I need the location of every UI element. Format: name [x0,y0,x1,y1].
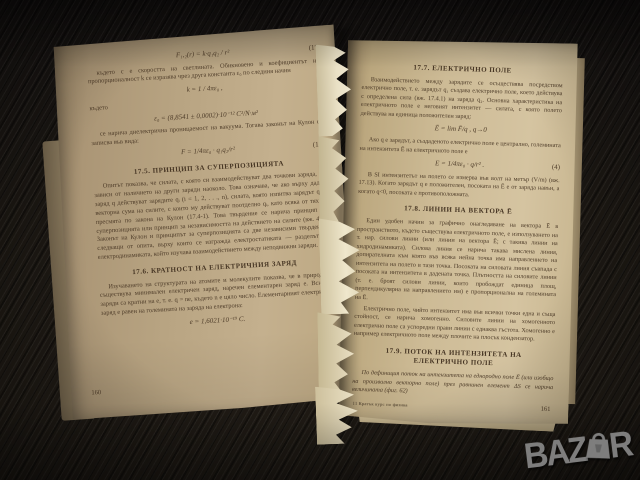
paragraph: Един удобен начин за графично онагледява… [355,217,559,309]
left-page-text: F₁,₂(r) = k·q₁q₂ / r² (1′) където c е ск… [87,43,334,332]
formula: F₁,₂(r) = k·q₁q₂ / r² [176,48,230,59]
section-heading-17-9: 17.9. ПОТОК НА ИНТЕНЗИТЕТА НА ЕЛЕКТРИЧНО… [357,346,551,371]
paragraph: Електрично поле, чийто интензитет има въ… [354,304,556,344]
paragraph: В SI интензитетът на полето се измерва в… [358,171,560,203]
formula: E = 1/4πε₀ · q/r² . [435,159,484,169]
page-number-right: 161 [541,406,551,413]
paragraph: По дефиниция поток на интензитета на едн… [352,369,554,401]
page-number-left: 160 [91,389,101,397]
section-heading-17-7: 17.7. ЕЛЕКТРИЧНО ПОЛЕ [366,62,559,78]
right-page: 17.7. ЕЛЕКТРИЧНО ПОЛЕ Взаимодействието м… [336,36,580,427]
equation-number: (4) [552,163,560,173]
section-heading-17-8: 17.8. ЛИНИИ НА ВЕКТОРА Ē [362,203,555,219]
left-page: F₁,₂(r) = k·q₁q₂ / r² (1′) където c е ск… [52,24,357,419]
equation: Ē = lim F̄/q , q→0 [360,122,561,138]
equation: E = 1/4πε₀ · q/r² . (4) [359,157,560,173]
watermark-text-start: BAZ [522,429,588,477]
open-book: F₁,₂(r) = k·q₁q₂ / r² (1′) където c е ск… [0,0,640,480]
printers-signature: 11 Кратък курс по физика [352,401,407,408]
paragraph: Опитът показва, че силата, с която си вз… [94,171,330,263]
paragraph: Взаимодействието между зарядите се осъще… [361,76,563,125]
right-page-text: 17.7. ЕЛЕКТРИЧНО ПОЛЕ Взаимодействието м… [352,62,563,401]
photo-of-open-book: F₁,₂(r) = k·q₁q₂ / r² (1′) където c е ск… [0,0,640,480]
formula: F = 1/4πε₀ · q₁q₂/r² [181,145,235,156]
paragraph: Ако q е зарядът, а създаденото електричн… [359,136,560,159]
